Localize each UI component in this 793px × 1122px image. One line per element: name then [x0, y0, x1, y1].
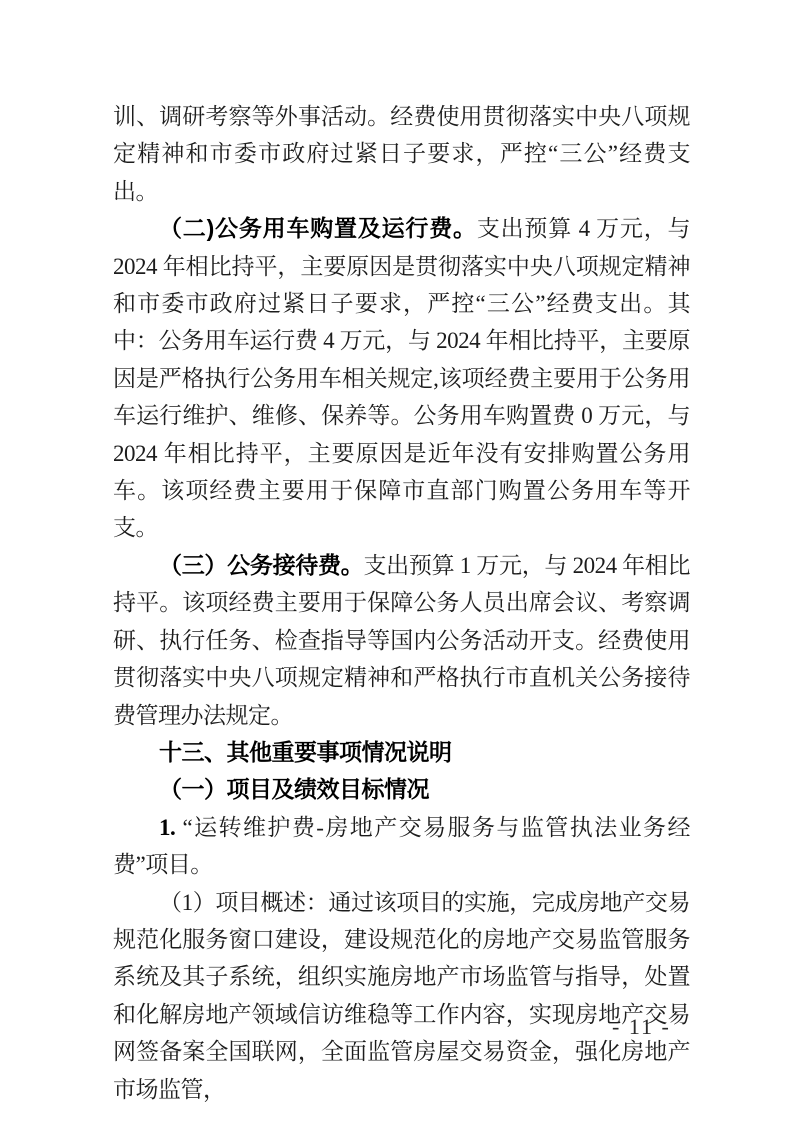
paragraph-text: 支出预算 1 万元，与 2024 年相比持平。该项经费主要用于保障公务人员出席会…	[113, 553, 690, 728]
paragraph-text: 训、调研考察等外事活动。经费使用贯彻落实中央八项规定精神和市委市政府过紧日子要求…	[113, 104, 690, 204]
paragraph-text: “运转维护费-房地产交易服务与监管执法业务经费”项目。	[113, 815, 690, 877]
paragraph-training-activities-continuation: 训、调研考察等外事活动。经费使用贯彻落实中央八项规定精神和市委市政府过紧日子要求…	[113, 98, 690, 210]
paragraph-project-overview: （1）项目概述：通过该项目的实施，完成房地产交易规范化服务窗口建设，建设规范化的…	[113, 884, 690, 1108]
document-page: 训、调研考察等外事活动。经费使用贯彻落实中央八项规定精神和市委市政府过紧日子要求…	[0, 0, 793, 1122]
paragraph-lead-official-reception: （三）公务接待费。	[159, 552, 363, 578]
paragraph-official-reception-expense: （三）公务接待费。支出预算 1 万元，与 2024 年相比持平。该项经费主要用于…	[113, 547, 690, 734]
paragraph-lead-official-vehicle: （二)公务用车购置及运行费。	[159, 215, 477, 241]
paragraph-official-vehicle-expense: （二)公务用车购置及运行费。支出预算 4 万元，与 2024 年相比持平，主要原…	[113, 210, 690, 547]
section-heading-project-performance-targets: （一）项目及绩效目标情况	[113, 771, 690, 808]
paragraph-text: 支出预算 4 万元，与 2024 年相比持平，主要原因是贯彻落实中央八项规定精神…	[113, 216, 690, 540]
text-block: 训、调研考察等外事活动。经费使用贯彻落实中央八项规定精神和市委市政府过紧日子要求…	[113, 98, 690, 1108]
paragraph-text: （1）项目概述：通过该项目的实施，完成房地产交易规范化服务窗口建设，建设规范化的…	[113, 890, 690, 1102]
paragraph-project-name: 1. “运转维护费-房地产交易服务与监管执法业务经费”项目。	[113, 809, 690, 884]
section-heading-other-important-matters: 十三、其他重要事项情况说明	[113, 734, 690, 771]
page-number: - 11 -	[612, 1014, 671, 1040]
paragraph-lead-item-number: 1.	[159, 815, 175, 840]
